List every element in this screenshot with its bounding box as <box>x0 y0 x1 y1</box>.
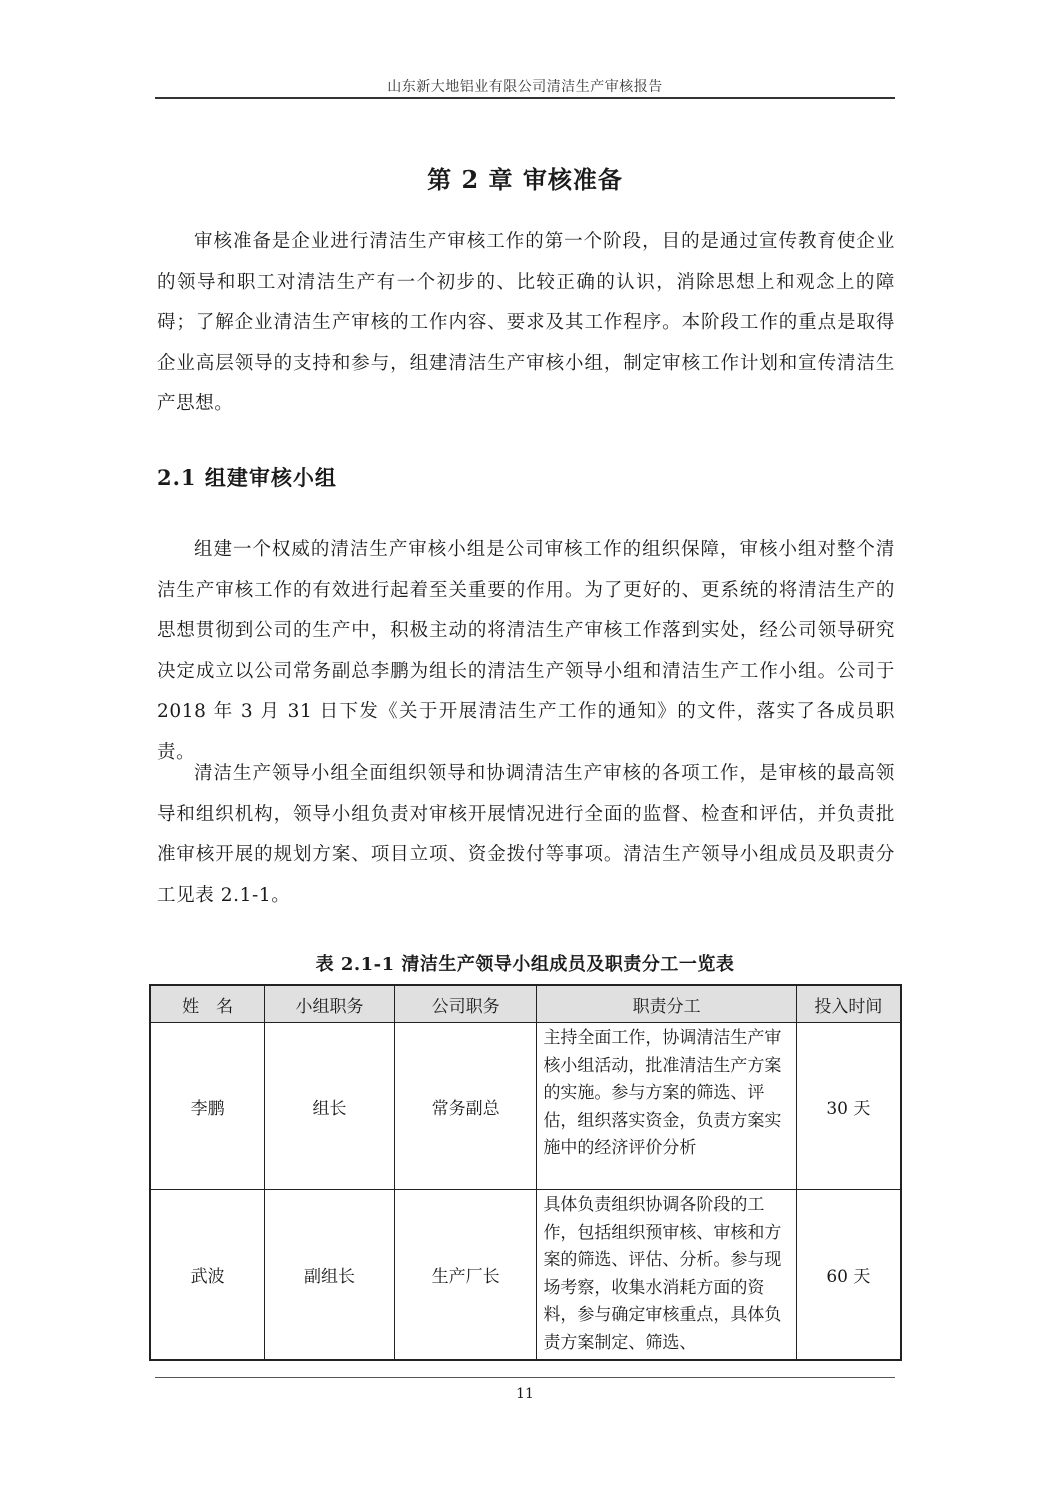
header-name: 姓 名 <box>150 985 265 1023</box>
header-time: 投入时间 <box>796 985 901 1023</box>
cell-time: 60 天 <box>796 1190 901 1361</box>
cell-duty: 主持全面工作，协调清洁生产审核小组活动，批准清洁生产方案的实施。参与方案的筛选、… <box>537 1023 796 1190</box>
cell-company-role: 生产厂长 <box>394 1190 537 1361</box>
cell-team-role: 副组长 <box>265 1190 395 1361</box>
team-formation-paragraph: 组建一个权威的清洁生产审核小组是公司审核工作的组织保障，审核小组对整个清洁生产审… <box>157 530 895 773</box>
running-header: 山东新大地铝业有限公司清洁生产审核报告 <box>0 76 1050 96</box>
table-row: 李鹏 组长 常务副总 主持全面工作，协调清洁生产审核小组活动，批准清洁生产方案的… <box>150 1023 901 1190</box>
cell-name: 李鹏 <box>150 1023 265 1190</box>
cell-name: 武波 <box>150 1190 265 1361</box>
leadership-paragraph: 清洁生产领导小组全面组织领导和协调清洁生产审核的各项工作，是审核的最高领导和组织… <box>157 754 895 916</box>
cell-time: 30 天 <box>796 1023 901 1190</box>
table-header-row: 姓 名 小组职务 公司职务 职责分工 投入时间 <box>150 985 901 1023</box>
header-team-role: 小组职务 <box>265 985 395 1023</box>
chapter-title: 第 2 章 审核准备 <box>0 160 1050 195</box>
cell-duty: 具体负责组织协调各阶段的工作，包括组织预审核、审核和方案的筛选、评估、分析。参与… <box>537 1190 796 1361</box>
cell-company-role: 常务副总 <box>394 1023 537 1190</box>
duty-table: 姓 名 小组职务 公司职务 职责分工 投入时间 李鹏 组长 常务副总 主持全面工… <box>149 984 902 1361</box>
header-company-role: 公司职务 <box>394 985 537 1023</box>
cell-team-role: 组长 <box>265 1023 395 1190</box>
footer-divider <box>155 1377 895 1378</box>
section-title: 2.1 组建审核小组 <box>157 462 337 492</box>
table-row: 武波 副组长 生产厂长 具体负责组织协调各阶段的工作，包括组织预审核、审核和方案… <box>150 1190 901 1361</box>
header-divider <box>155 97 895 99</box>
header-duty: 职责分工 <box>537 985 796 1023</box>
table-caption: 表 2.1-1 清洁生产领导小组成员及职责分工一览表 <box>0 950 1050 976</box>
intro-paragraph: 审核准备是企业进行清洁生产审核工作的第一个阶段，目的是通过宣传教育使企业的领导和… <box>157 222 895 425</box>
page-number: 11 <box>0 1386 1050 1402</box>
